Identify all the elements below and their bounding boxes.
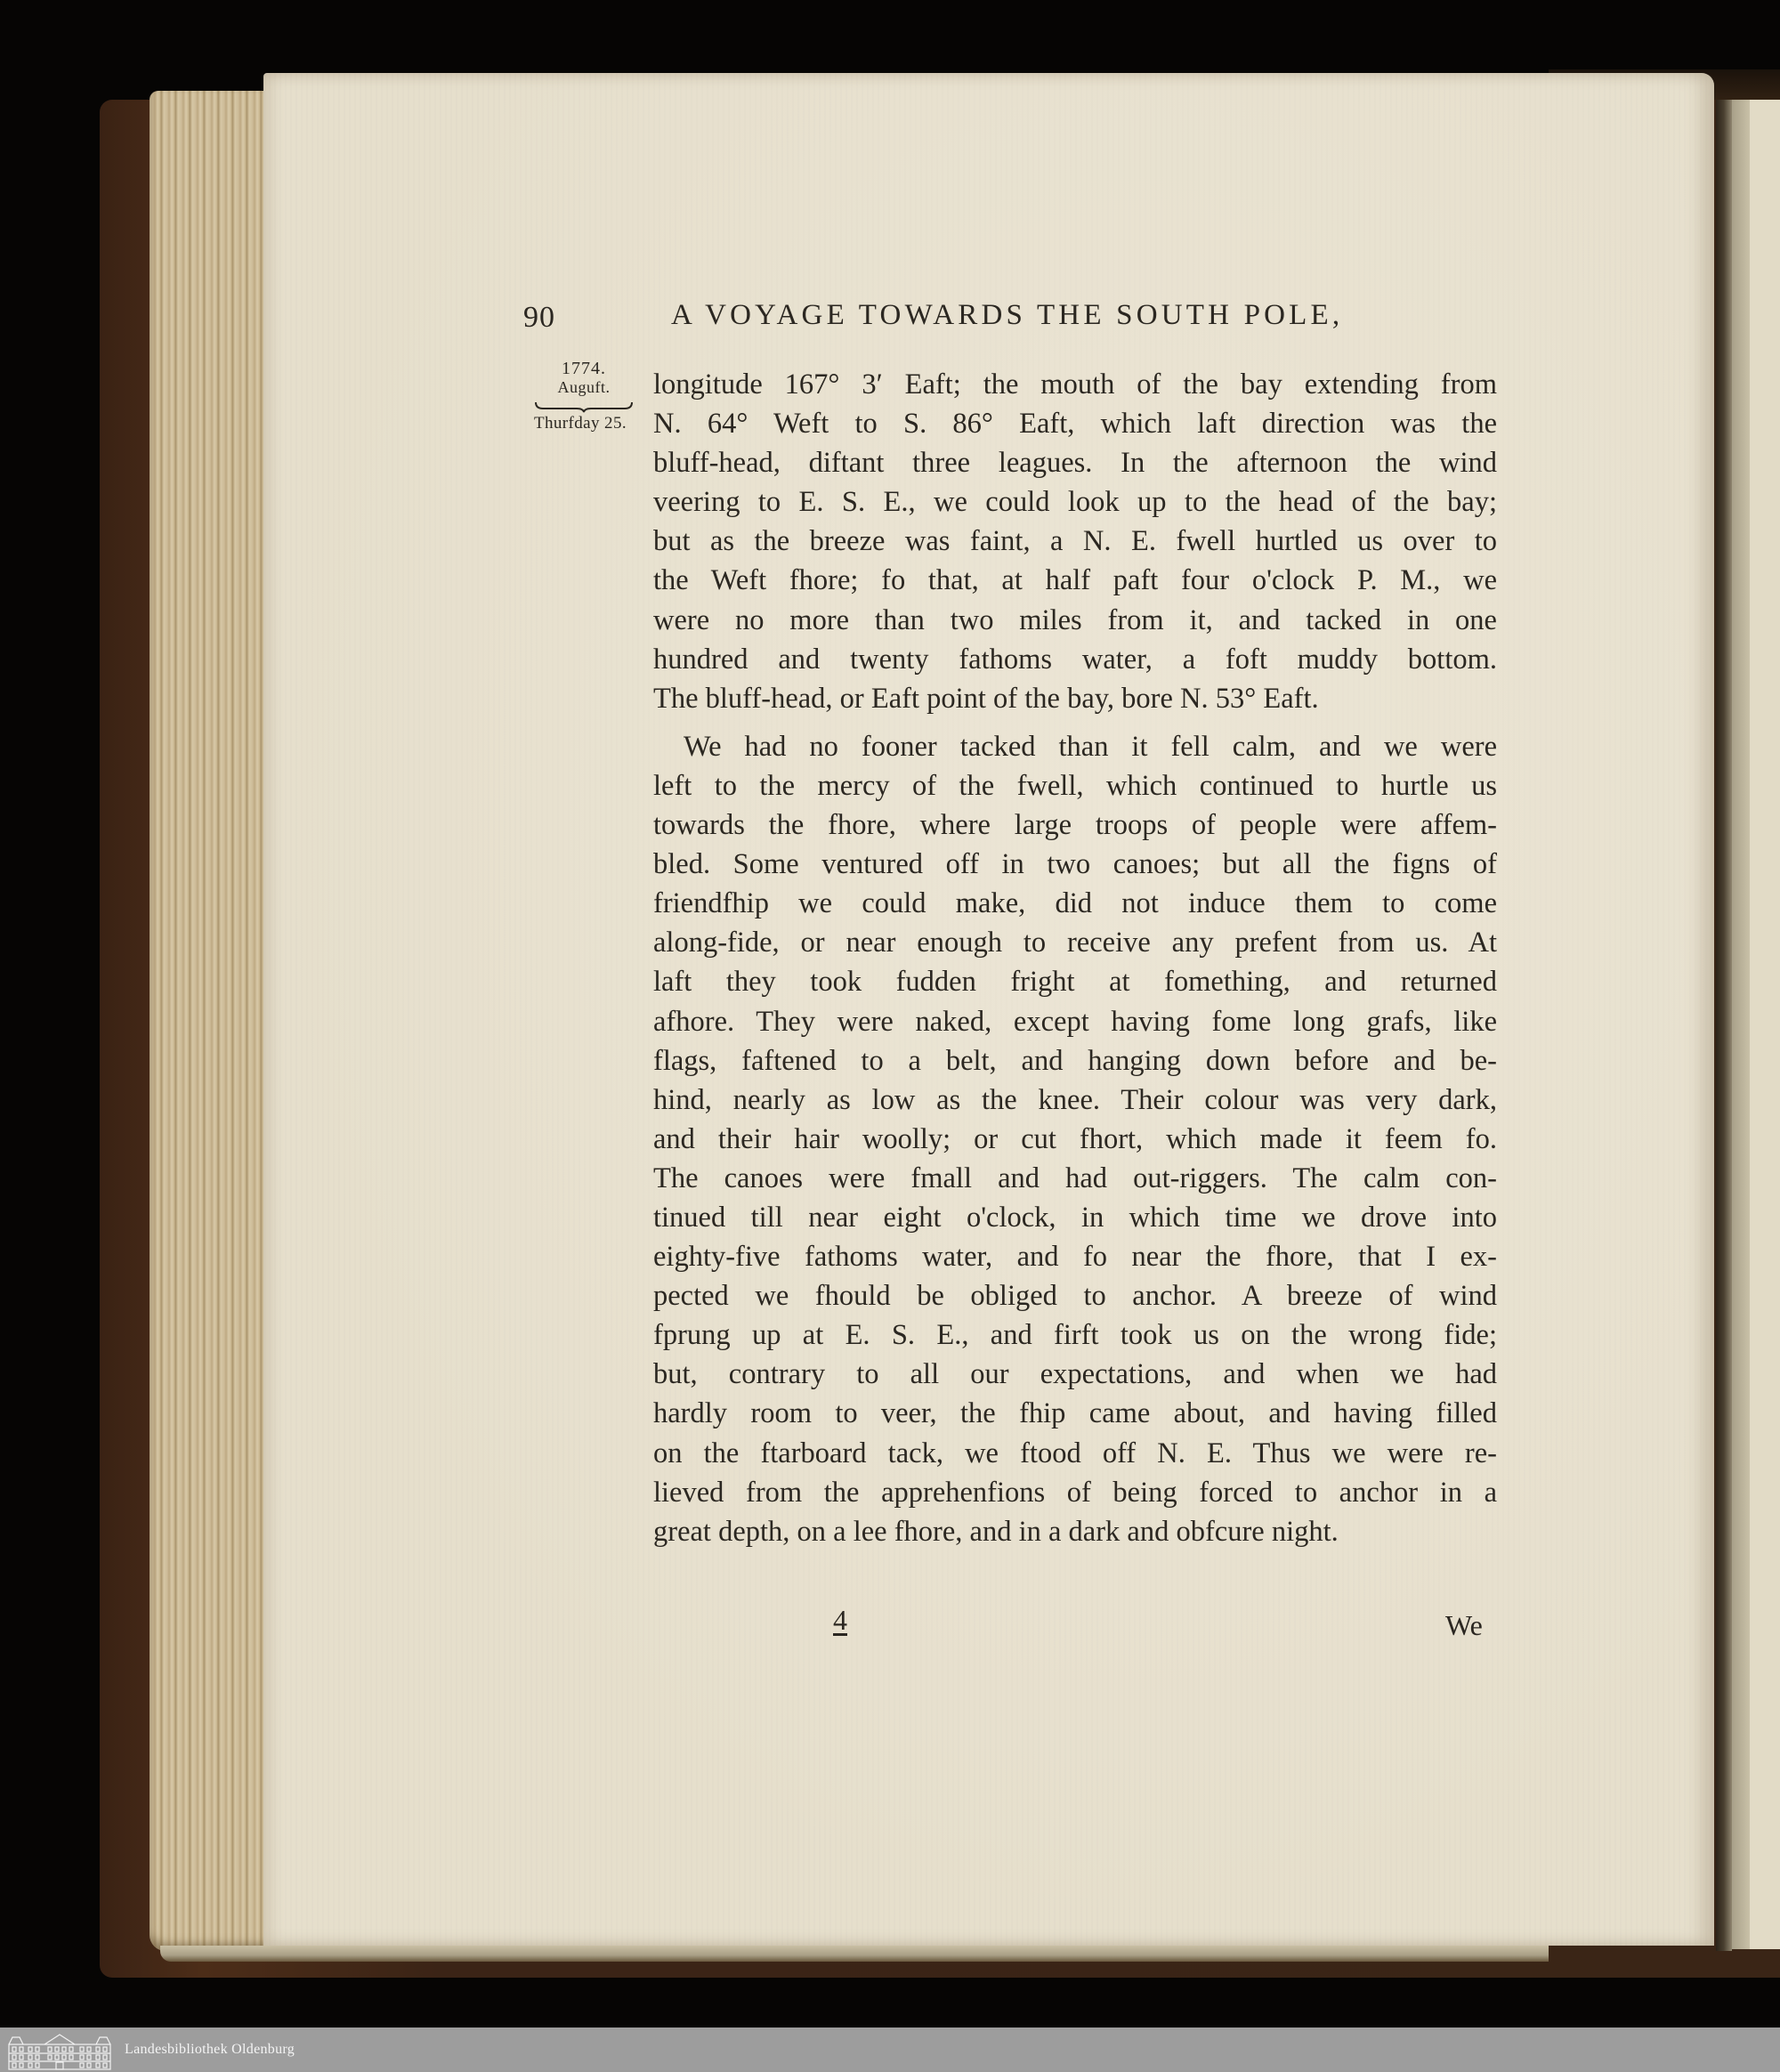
running-head: A VOYAGE TOWARDS THE SOUTH POLE, <box>671 299 1499 332</box>
brace-icon <box>534 401 634 413</box>
text-line: eighty-five fathoms water, and fo near t… <box>653 1237 1497 1276</box>
scan-viewer: 90 A VOYAGE TOWARDS THE SOUTH POLE, 1774… <box>0 0 1780 2027</box>
margin-date-note: 1774. Auguft. Thurfday 25. <box>523 360 644 432</box>
text-line: on the ftarboard tack, we ftood off N. E… <box>653 1434 1497 1473</box>
text-line: the Weft fhore; fo that, at half paft fo… <box>653 561 1497 600</box>
page-edges-bottom <box>160 1946 1549 1962</box>
text-line: left to the mercy of the fwell, which co… <box>653 766 1497 805</box>
library-name: Landesbibliothek Oldenburg <box>125 2042 295 2058</box>
margin-month: Auguft. <box>523 379 644 395</box>
text-line: N. 64° Weft to S. 86° Eaft, which laft d… <box>653 404 1497 443</box>
text-line: afhore. They were naked, except having f… <box>653 1002 1497 1041</box>
text-line: but, contrary to all our expectations, a… <box>653 1355 1497 1394</box>
text-line: were no more than two miles from it, and… <box>653 601 1497 640</box>
text-line: pected we fhould be obliged to anchor. A… <box>653 1276 1497 1315</box>
text-line: towards the fhore, where large troops of… <box>653 805 1497 845</box>
text-line: We had no fooner tacked than it fell cal… <box>653 727 1497 766</box>
footer-bar: Landesbibliothek Oldenburg <box>0 2027 1780 2072</box>
text-line: hardly room to veer, the fhip came about… <box>653 1394 1497 1433</box>
text-line: tinued till near eight o'clock, in which… <box>653 1198 1497 1237</box>
catchword: We <box>1445 1609 1483 1642</box>
text-line: fprung up at E. S. E., and firft took us… <box>653 1315 1497 1355</box>
paragraph-gap <box>653 718 1497 727</box>
text-line: friendfhip we could make, did not induce… <box>653 884 1497 923</box>
text-line: The bluff-head, or Eaft point of the bay… <box>653 679 1497 718</box>
text-line: but as the breeze was faint, a N. E. fwe… <box>653 522 1497 561</box>
signature-mark: 4 <box>833 1604 847 1637</box>
text-line: hundred and twenty fathoms water, a foft… <box>653 640 1497 679</box>
text-line: The canoes were fmall and had out-rigger… <box>653 1159 1497 1198</box>
body-text: longitude 167° 3′ Eaft; the mouth of the… <box>653 365 1497 1551</box>
facing-page-edge <box>1732 100 1750 1949</box>
library-building-icon <box>7 2034 112 2071</box>
text-line: flags, faftened to a belt, and hanging d… <box>653 1041 1497 1081</box>
text-line: lieved from the apprehenfions of being f… <box>653 1473 1497 1512</box>
text-line: veering to E. S. E., we could look up to… <box>653 482 1497 522</box>
text-line: and their hair woolly; or cut fhort, whi… <box>653 1120 1497 1159</box>
margin-year: 1774. <box>523 360 644 377</box>
page-edges-stack <box>150 91 274 1951</box>
facing-page <box>1750 100 1780 1949</box>
text-line: along-fide, or near enough to receive an… <box>653 923 1497 962</box>
book-gutter <box>1716 100 1732 1951</box>
page-number: 90 <box>523 301 555 335</box>
text-line: bluff-head, diftant three leagues. In th… <box>653 443 1497 482</box>
text-line: laft they took fudden fright at fomethin… <box>653 962 1497 1001</box>
margin-day: Thurfday 25. <box>516 415 644 432</box>
text-line: hind, nearly as low as the knee. Their c… <box>653 1081 1497 1120</box>
text-line: longitude 167° 3′ Eaft; the mouth of the… <box>653 365 1497 404</box>
text-line: great depth, on a lee fhore, and in a da… <box>653 1512 1497 1551</box>
text-line: bled. Some ventured off in two canoes; b… <box>653 845 1497 884</box>
